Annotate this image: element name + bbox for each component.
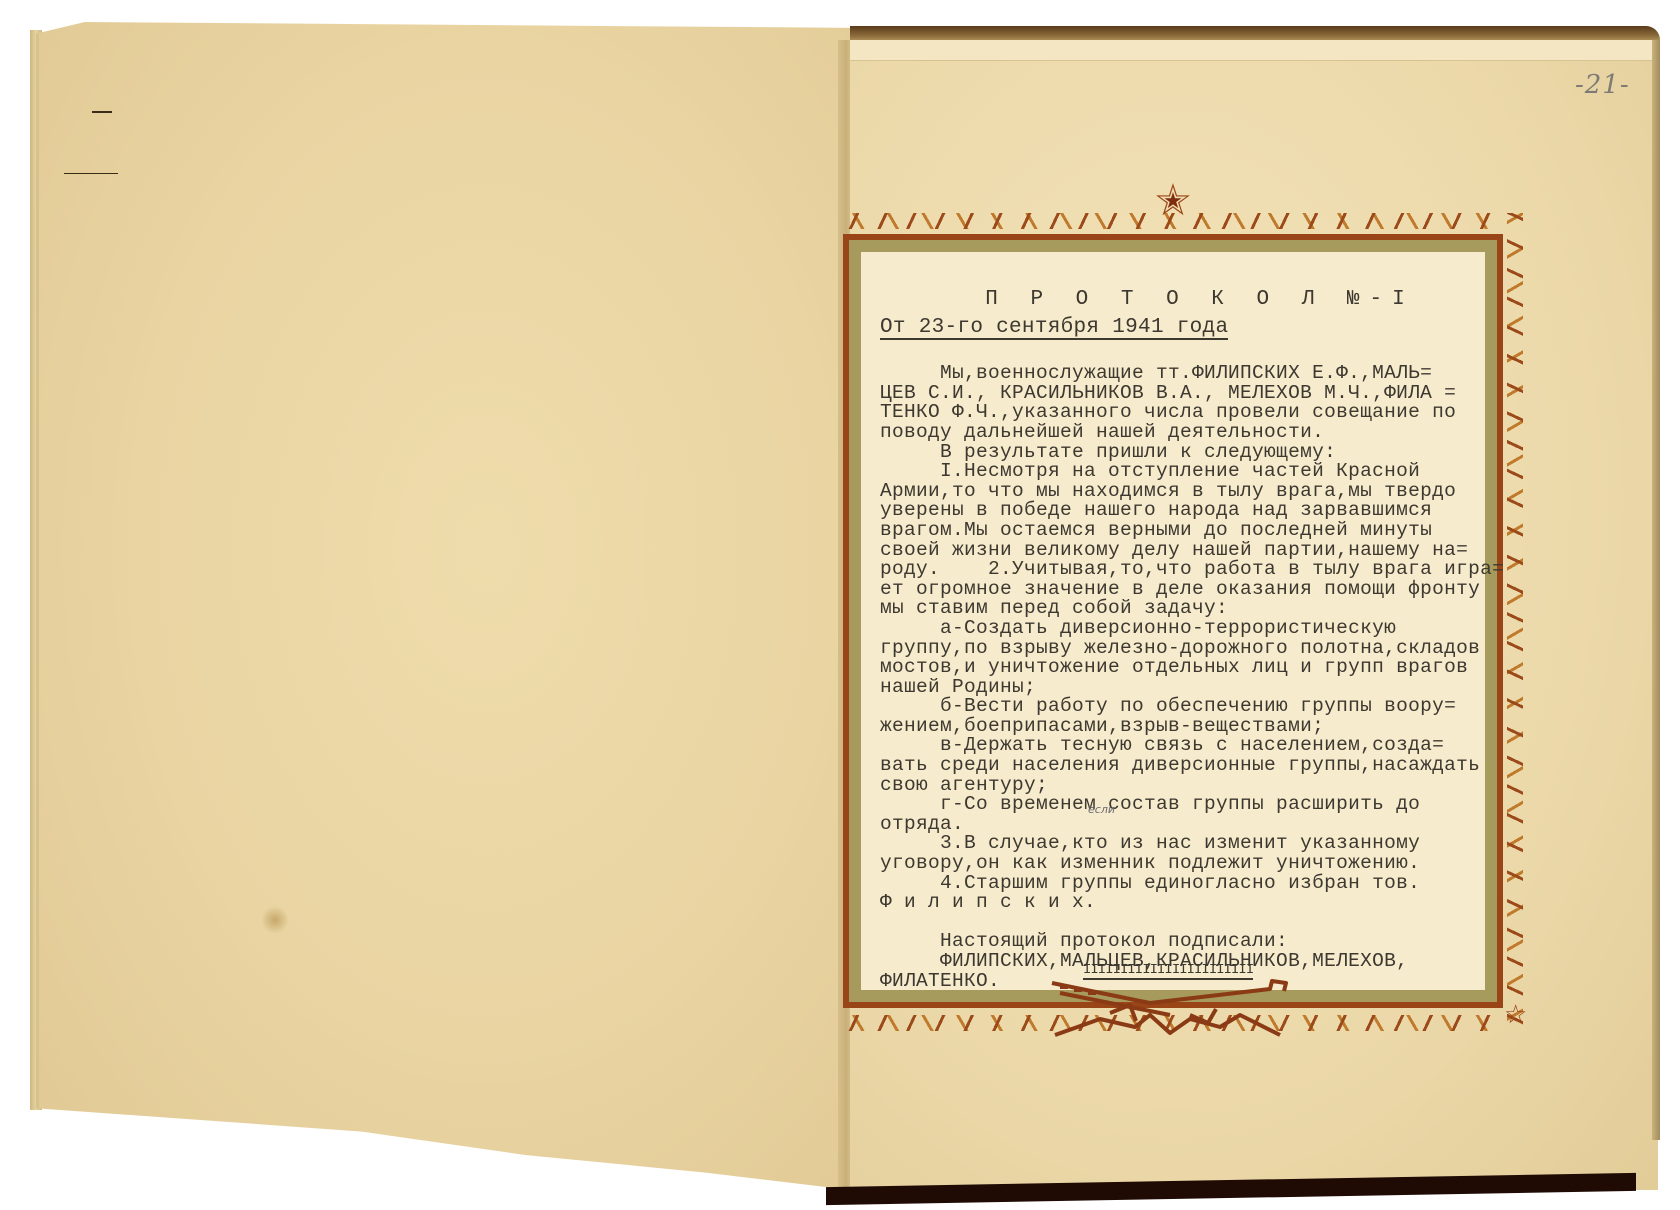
star-center-icon: ★ (1161, 190, 1185, 214)
protocol-title: П Р О Т О К О Л №-I (920, 290, 1480, 310)
vine-border-right (1507, 213, 1523, 1028)
protocol-date: От 23-го сентября 1941 года (880, 318, 1228, 341)
body-line: мы ставим перед собой задачу: (880, 599, 1480, 619)
left-page-blank (36, 22, 851, 1190)
body-line: I.Несмотря на отступление частей Красной (880, 462, 1480, 482)
body-line: г-Со временем состав группы расширить до (880, 795, 1480, 815)
body-line: а-Создать диверсионно-террористическую (880, 619, 1480, 639)
protocol-body: Мы,военнослужащие тт.ФИЛИПСКИХ Е.Ф.,МАЛЬ… (880, 364, 1480, 991)
closing-mark: IIIIIIIIIIIIIIIIIIIIIII (1083, 962, 1253, 980)
ink-mark (64, 173, 118, 174)
body-line: роду. 2.Учитывая,то,что работа в тылу вр… (880, 560, 1480, 580)
body-line: б-Вести работу по обеспечению группы воо… (880, 697, 1480, 717)
body-line: уверены в победе нашего народа над зарва… (880, 501, 1480, 521)
body-line: уговору,он как изменник подлежит уничтож… (880, 854, 1480, 874)
corner-star-icon: ☆ (1504, 1000, 1527, 1030)
body-line: врагом.Мы остаемся верными до последней … (880, 521, 1480, 541)
typed-protocol: П Р О Т О К О Л №-I От 23-го сентября 19… (880, 290, 1480, 991)
body-line: Мы,военнослужащие тт.ФИЛИПСКИХ Е.Ф.,МАЛЬ… (880, 364, 1480, 384)
open-book: -21- ☆ ★ ☆ П Р О Т О К О Л №-I От 23-го … (0, 0, 1680, 1210)
stain (262, 905, 288, 935)
ink-mark (92, 111, 112, 113)
body-line: поводу дальнейшей нашей деятельности. (880, 423, 1480, 443)
page-block-side-edge (1652, 40, 1660, 1140)
body-line: мостов,и уничтожение отдельных лиц и гру… (880, 658, 1480, 678)
body-line: вать среди населения диверсионные группы… (880, 756, 1480, 776)
page-number-value: 21 (1585, 70, 1620, 100)
body-line: Ф и л и п с к и х. (880, 893, 1480, 913)
handwritten-insertion: если (1088, 803, 1115, 816)
page-number: -21- (1575, 70, 1630, 100)
top-margin-band (850, 40, 1658, 61)
